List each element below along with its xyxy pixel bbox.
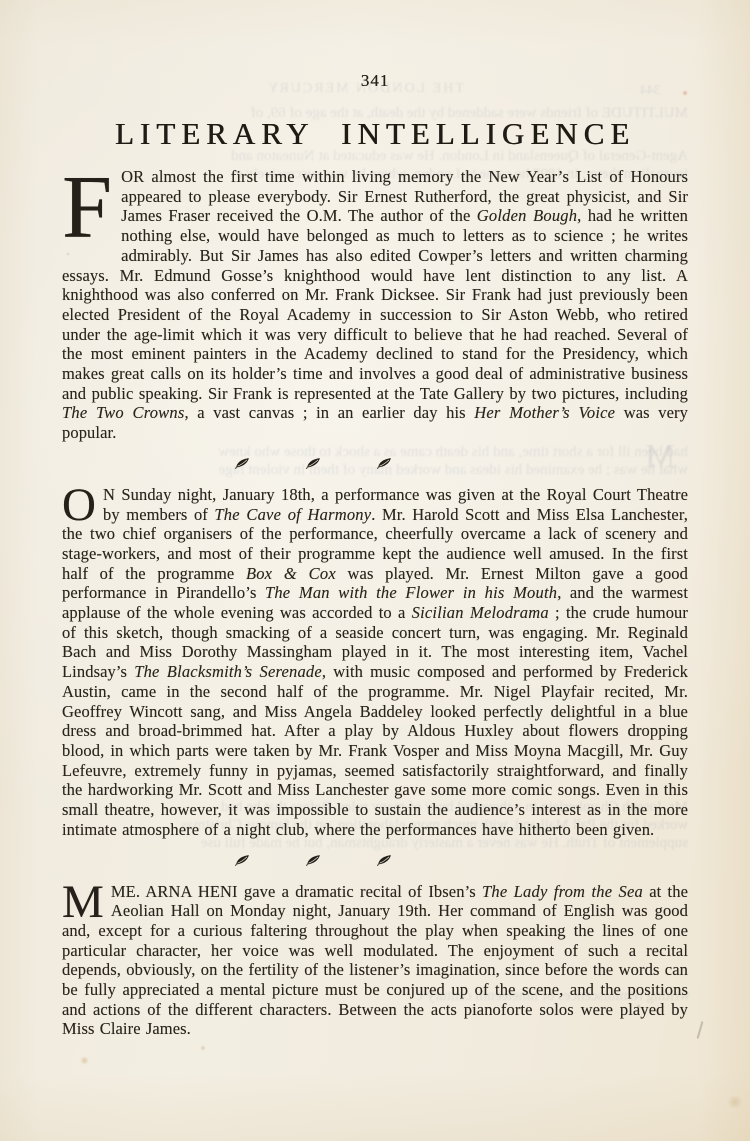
aldus-leaf-icon xyxy=(235,456,250,468)
drop-cap: F xyxy=(62,171,112,246)
article-body: FOR almost the first time within living … xyxy=(62,167,688,1039)
page-number: 341 xyxy=(62,71,688,91)
aldus-leaf-icon xyxy=(377,456,392,468)
drop-cap: M xyxy=(62,884,104,921)
italic-title-text: Box & Cox xyxy=(246,564,336,583)
italic-title-text: The Blacksmith’s Serenade xyxy=(134,662,322,681)
body-text: ME. ARNA HENI gave a dramatic recital of… xyxy=(111,882,482,901)
italic-title-text: The Cave of Harmony xyxy=(214,505,371,524)
fleuron-separator xyxy=(0,853,626,865)
paper-stain xyxy=(726,1096,744,1108)
paragraph: FOR almost the first time within living … xyxy=(62,167,688,443)
aldus-leaf-icon xyxy=(377,853,392,865)
aldus-leaf-icon xyxy=(306,456,321,468)
body-text: at the Aeolian Hall on Monday night, Jan… xyxy=(62,882,688,1039)
printed-content: 341 LITERARY INTELLIGENCE FOR almost the… xyxy=(62,0,688,1039)
aldus-leaf-icon xyxy=(235,853,250,865)
body-text: , had he written nothing else, would hav… xyxy=(62,206,688,402)
pencil-mark xyxy=(697,1021,704,1039)
page-title: LITERARY INTELLIGENCE xyxy=(62,116,688,152)
italic-title-text: The Two Crowns xyxy=(62,403,184,422)
paragraph: MME. ARNA HENI gave a dramatic recital o… xyxy=(62,882,688,1040)
drop-cap: O xyxy=(62,487,96,524)
fleuron-separator xyxy=(0,456,626,468)
body-text: , with music composed and performed by F… xyxy=(62,662,688,839)
paper-stain xyxy=(200,1045,206,1051)
italic-title-text: The Man with the Flower in his Mouth xyxy=(265,583,557,602)
italic-title-text: Sicilian Melodrama xyxy=(412,603,549,622)
aldus-leaf-icon xyxy=(306,853,321,865)
paper-stain xyxy=(80,1056,89,1065)
italic-title-text: The Lady from the Sea xyxy=(482,882,643,901)
scanned-book-page: THE LONDON MERCURY344MULTITUDE of friend… xyxy=(0,0,750,1141)
paragraph: ON Sunday night, January 18th, a perform… xyxy=(62,485,688,840)
italic-title-text: Her Mother’s Voice xyxy=(474,403,615,422)
body-text: , a vast canvas ; in an earlier day his xyxy=(184,403,474,422)
italic-title-text: Golden Bough xyxy=(477,206,577,225)
